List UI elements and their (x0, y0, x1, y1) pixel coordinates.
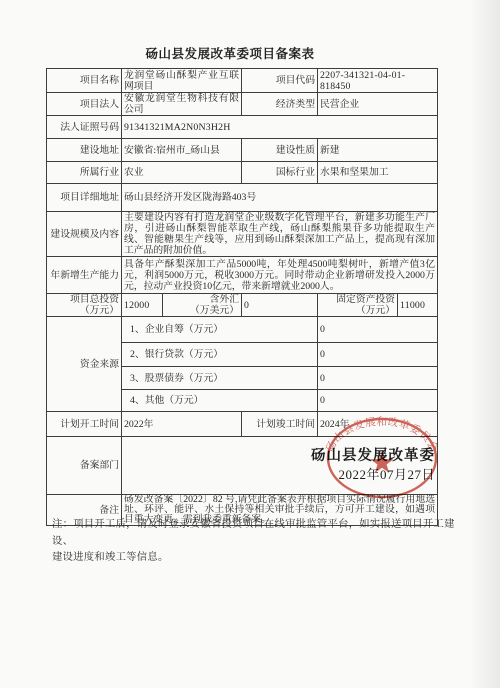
row-license-no: 法人证照号码 91341321MA2N0N3H2H (47, 116, 438, 139)
row-industry: 所属行业 农业 国标行业 水果和坚果加工 (47, 162, 438, 184)
funding-item-3-value: 0 (318, 367, 438, 390)
forex-label: 含外汇（万美元） (163, 294, 242, 317)
row-legal-person: 项目法人 安徽龙润堂生物科技有限公司 经济类型 民营企业 (47, 93, 438, 116)
forex-value: 0 (242, 294, 318, 317)
scan-edge-shadow (470, 0, 500, 688)
capacity-label: 年新增生产能力 (47, 257, 122, 294)
fixed-invest-label: 固定资产投资（万元） (318, 294, 398, 317)
industry-label: 所属行业 (47, 162, 122, 184)
build-nature-label: 建设性质 (242, 139, 318, 162)
project-name-label: 项目名称 (47, 69, 122, 93)
legal-person-label: 项目法人 (47, 93, 122, 116)
project-code-value: 2207-341321-04-01-818450 (318, 69, 438, 93)
industry-value: 农业 (122, 162, 242, 184)
scale-value: 主要建设内容有打造龙润堂企业级数字化管理平台，新建多功能生产厂房，引进砀山酥梨智… (122, 212, 438, 257)
project-code-label: 项目代码 (242, 69, 318, 93)
build-nature-value: 新建 (318, 139, 438, 162)
scanned-document-page: 砀山县发展改革委项目备案表 项目名称 龙润堂砀山酥梨产业互联网项目 项目代码 2… (0, 0, 500, 688)
funding-item-4-value: 0 (318, 390, 438, 412)
funding-label: 资金来源 (47, 317, 122, 412)
economic-type-label: 经济类型 (242, 93, 318, 116)
row-schedule: 计划开工时间 2022年 计划竣工时间 2024年 (47, 412, 438, 437)
row-funding-1: 资金来源 1、企业自筹（万元） 0 (47, 317, 438, 343)
funding-item-1-label: 1、企业自筹（万元） (122, 317, 318, 343)
filing-form-table: 项目名称 龙润堂砀山酥梨产业互联网项目 项目代码 2207-341321-04-… (46, 68, 438, 526)
footer-note: 注：项目开工后，请及时登录安徽省投资项目在线审批监管平台，如实报送项目开工建设、… (52, 517, 466, 567)
footer-note-line2: 建设进度和竣工等信息。 (52, 550, 466, 567)
build-address-label: 建设地址 (47, 139, 122, 162)
funding-item-2-value: 0 (318, 343, 438, 367)
scale-label: 建设规模及内容 (47, 212, 122, 257)
funding-item-1-value: 0 (318, 317, 438, 343)
plan-end-label: 计划竣工时间 (242, 412, 318, 437)
row-filing-dept: 备案部门 砀山县发展改革委 2022年07月27日 (47, 437, 438, 495)
detail-address-value: 砀山县经济开发区陇海路403号 (122, 184, 438, 212)
row-detail-address: 项目详细地址 砀山县经济开发区陇海路403号 (47, 184, 438, 212)
build-address-value: 安徽省:宿州市_砀山县 (122, 139, 242, 162)
filing-dept-cell: 砀山县发展改革委 2022年07月27日 (122, 437, 438, 495)
legal-person-value: 安徽龙润堂生物科技有限公司 (122, 93, 242, 116)
license-no-label: 法人证照号码 (47, 116, 122, 139)
plan-start-label: 计划开工时间 (47, 412, 122, 437)
project-name-value: 龙润堂砀山酥梨产业互联网项目 (122, 69, 242, 93)
economic-type-value: 民营企业 (318, 93, 438, 116)
funding-item-4-label: 4、其他（万元） (122, 390, 318, 412)
funding-item-3-label: 3、股票债券（万元） (122, 367, 318, 390)
row-build-address: 建设地址 安徽省:宿州市_砀山县 建设性质 新建 (47, 139, 438, 162)
capacity-value: 具备年产酥梨深加工产品5000吨，年处理4500吨梨树叶，新增产值3亿元，利润5… (122, 257, 438, 294)
row-investment: 项目总投资（万元） 12000 含外汇（万美元） 0 固定资产投资（万元） 11… (47, 294, 438, 317)
row-scale: 建设规模及内容 主要建设内容有打造龙润堂企业级数字化管理平台，新建多功能生产厂房… (47, 212, 438, 257)
plan-start-value: 2022年 (122, 412, 242, 437)
total-invest-label: 项目总投资（万元） (47, 294, 122, 317)
filing-dept-label: 备案部门 (47, 437, 122, 495)
page-title: 砀山县发展改革委项目备案表 (30, 44, 430, 62)
footer-note-line1: 注：项目开工后，请及时登录安徽省投资项目在线审批监管平台，如实报送项目开工建设、 (52, 517, 466, 550)
row-project-name: 项目名称 龙润堂砀山酥梨产业互联网项目 项目代码 2207-341321-04-… (47, 69, 438, 93)
fixed-invest-value: 11000 (398, 294, 438, 317)
detail-address-label: 项目详细地址 (47, 184, 122, 212)
filing-dept-name: 砀山县发展改革委 (124, 451, 435, 462)
total-invest-value: 12000 (122, 294, 163, 317)
funding-item-2-label: 2、银行贷款（万元） (122, 343, 318, 367)
row-capacity: 年新增生产能力 具备年产酥梨深加工产品5000吨，年处理4500吨梨树叶，新增产… (47, 257, 438, 294)
national-industry-value: 水果和坚果加工 (318, 162, 438, 184)
national-industry-label: 国标行业 (242, 162, 318, 184)
filing-dept-date: 2022年07月27日 (124, 469, 435, 480)
plan-end-value: 2024年 (318, 412, 438, 437)
license-no-value: 91341321MA2N0N3H2H (122, 116, 438, 139)
